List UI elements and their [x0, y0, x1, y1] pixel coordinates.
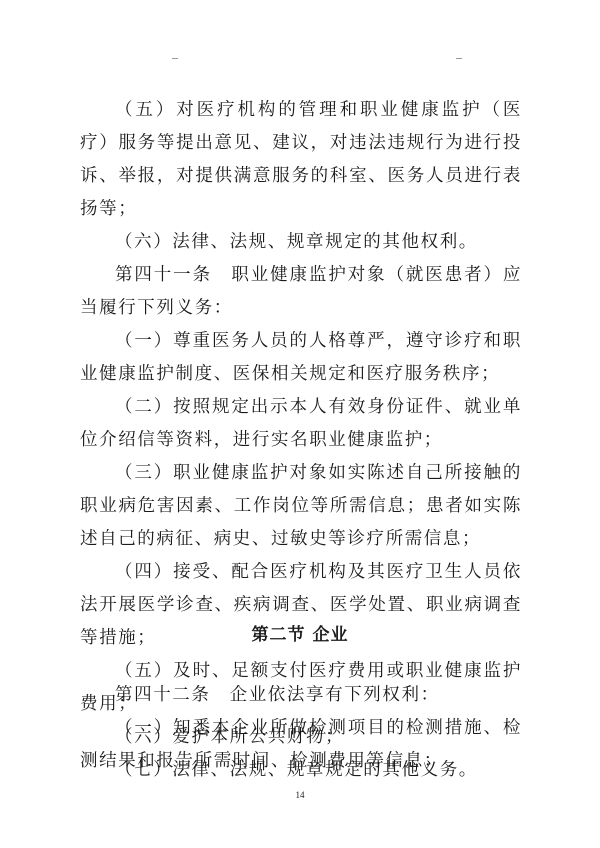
paragraph-article-42: 第四十二条 企业依法享有下列权利： [80, 679, 522, 712]
paragraph-item-6-rights: （六）法律、法规、规章规定的其他权利。 [80, 226, 522, 259]
scan-mark [456, 58, 462, 59]
paragraph-duty-2: （二）按照规定出示本人有效身份证件、就业单位介绍信等资料，进行实名职业健康监护； [80, 391, 522, 457]
page-number: 14 [0, 790, 600, 800]
document-body-bottom: 第四十二条 企业依法享有下列权利： （一）知悉本企业所做检测项目的检测措施、检测… [80, 679, 522, 778]
paragraph-article-41: 第四十一条 职业健康监护对象（就医患者）应当履行下列义务： [80, 259, 522, 325]
paragraph-duty-1: （一）尊重医务人员的人格尊严，遵守诊疗和职业健康监护制度、医保相关规定和医疗服务… [80, 325, 522, 391]
paragraph-item-5-rights: （五）对医疗机构的管理和职业健康监护（医疗）服务等提出意见、建议，对违法违规行为… [80, 94, 522, 226]
scan-mark [172, 58, 178, 59]
section-heading: 第二节 企业 [0, 620, 600, 645]
paragraph-duty-3: （三）职业健康监护对象如实陈述自己所接触的职业病危害因素、工作岗位等所需信息；患… [80, 457, 522, 556]
paragraph-enterprise-right-1: （一）知悉本企业所做检测项目的检测措施、检测结果和报告所需时间、检测费用等信息； [80, 712, 522, 778]
